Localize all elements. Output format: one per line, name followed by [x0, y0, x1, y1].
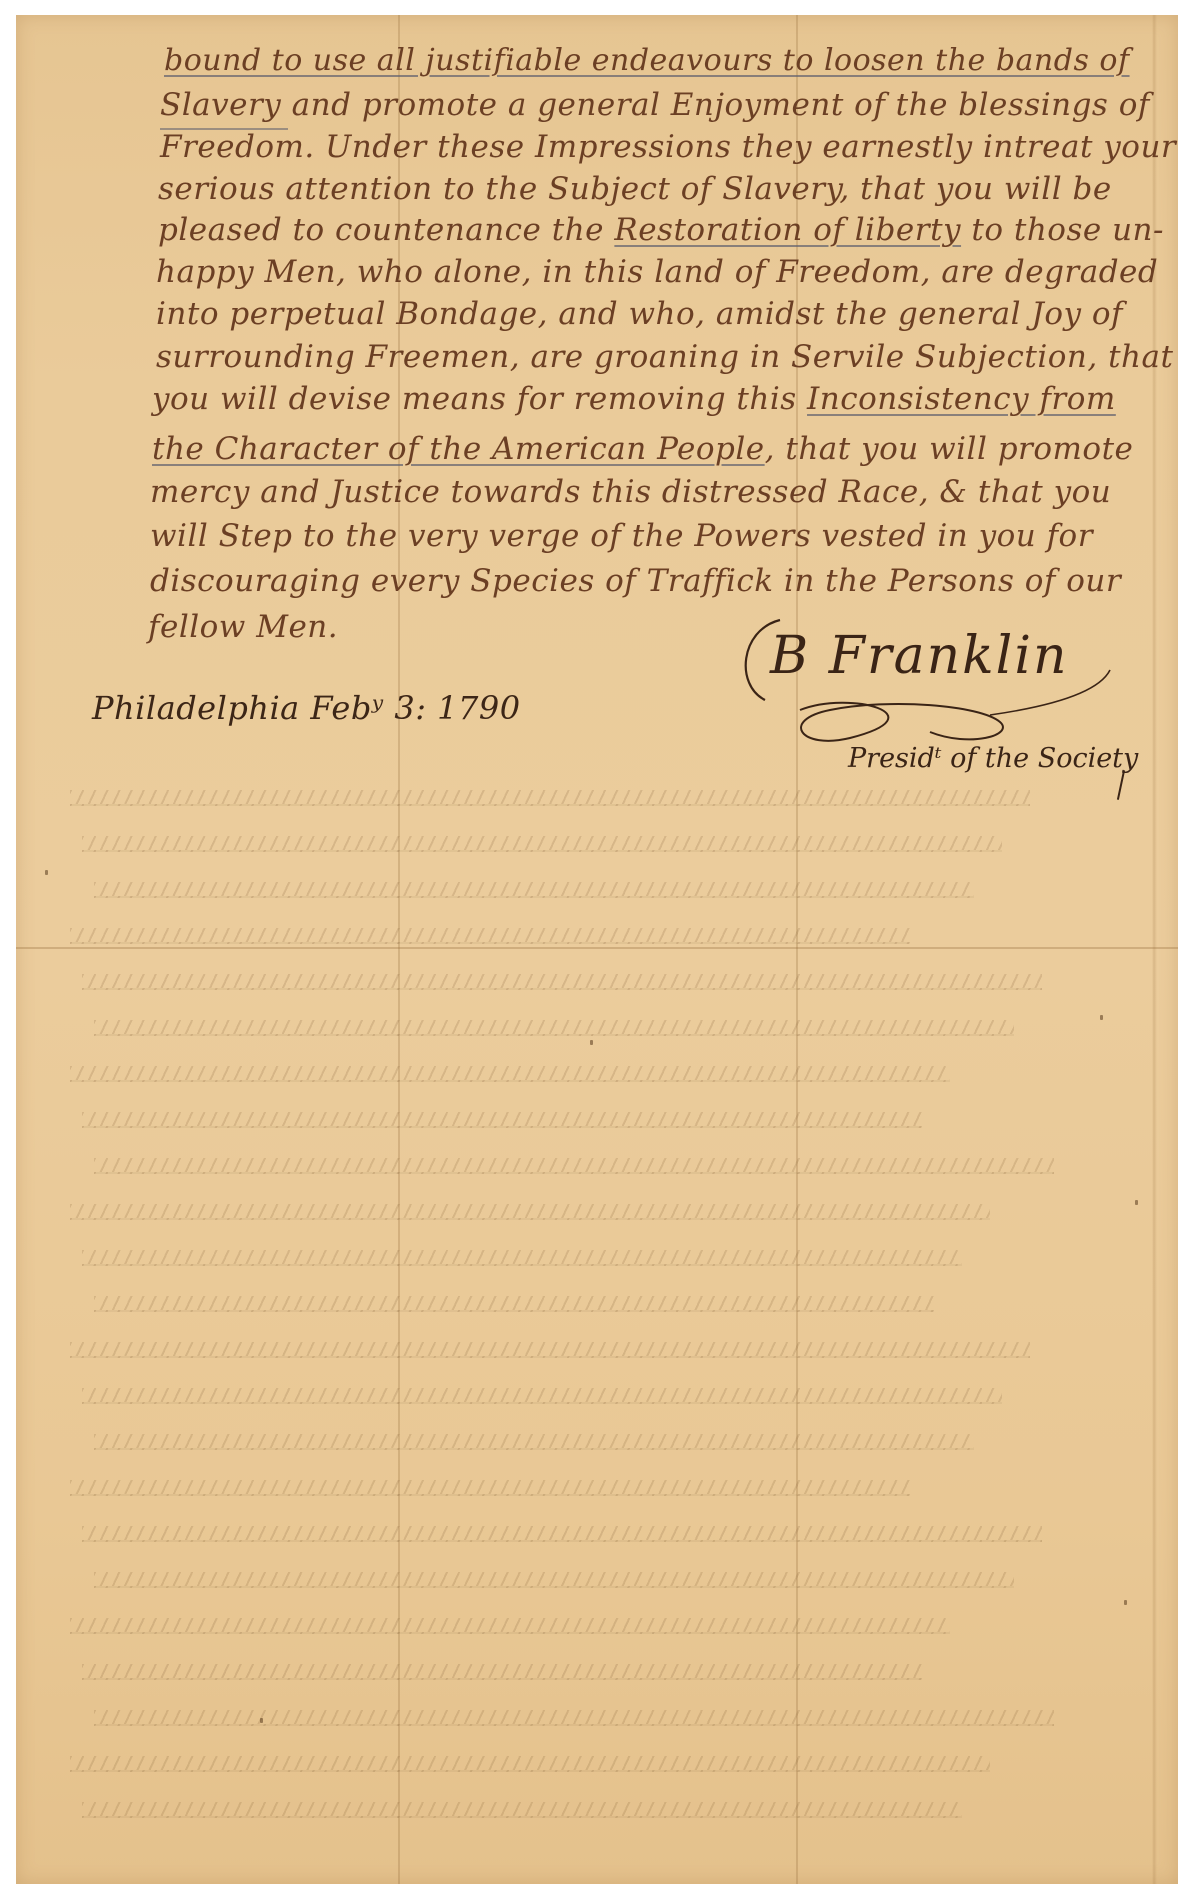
show-through-row — [82, 836, 1002, 852]
body-line-2: Slavery and promote a general Enjoyment … — [160, 90, 1150, 121]
show-through-row — [94, 882, 974, 898]
show-through-row — [70, 1342, 1030, 1358]
show-through-row — [94, 1158, 1054, 1174]
underlined-restoration-of-liberty: Restoration of liberty — [614, 212, 961, 248]
pencil-underline-slavery — [160, 128, 288, 130]
show-through-row — [82, 1664, 922, 1680]
show-through-row — [82, 1112, 922, 1128]
show-through-row — [70, 1066, 950, 1082]
underlined-inconsistency: Inconsistency from — [807, 381, 1116, 417]
body-line-3: Freedom. Under these Impressions they ea… — [160, 132, 1176, 163]
show-through-row — [70, 790, 1030, 806]
body-line-6: happy Men, who alone, in this land of Fr… — [156, 257, 1158, 288]
horizontal-fold — [16, 947, 1178, 949]
show-through-row — [70, 1204, 990, 1220]
place-date: Philadelphia Febʸ 3: 1790 — [92, 692, 521, 724]
body-line-9: you will devise means for removing this … — [152, 384, 1116, 415]
body-line-4: serious attention to the Subject of Slav… — [158, 174, 1112, 205]
line-5-pre: pleased to countenance the — [158, 212, 614, 248]
body-line-5: pleased to countenance the Restoration o… — [158, 215, 1164, 246]
show-through-row — [94, 1020, 1014, 1036]
show-through-row — [94, 1296, 934, 1312]
show-through-row — [70, 1618, 950, 1634]
show-through-row — [94, 1710, 1054, 1726]
body-line-8: surrounding Freemen, are groaning in Ser… — [156, 342, 1173, 373]
show-through-row — [82, 1388, 1002, 1404]
signature-title: Presidᵗ of the Society — [848, 745, 1138, 772]
body-line-7: into perpetual Bondage, and who, amidst … — [156, 299, 1123, 330]
show-through-row — [94, 1434, 974, 1450]
body-line-14: fellow Men. — [148, 612, 338, 643]
body-line-1: bound to use all justifiable endeavours … — [164, 46, 1130, 76]
show-through-row — [82, 1526, 1042, 1542]
show-through-row — [70, 928, 910, 944]
body-line-12: will Step to the very verge of the Power… — [150, 521, 1093, 552]
show-through-row — [82, 1802, 962, 1818]
body-line-10: the Character of the American People, th… — [152, 434, 1133, 465]
body-line-13: discouraging every Species of Traffick i… — [150, 566, 1121, 597]
show-through-row — [82, 1250, 962, 1266]
signature-flourish — [740, 610, 1160, 760]
underlined-character-american-people: the Character of the American People — [152, 431, 765, 467]
show-through-row — [70, 1756, 990, 1772]
show-through-row — [94, 1572, 1014, 1588]
show-through-row — [82, 974, 1042, 990]
body-line-11: mercy and Justice towards this distresse… — [150, 477, 1111, 508]
show-through-row — [70, 1480, 910, 1496]
